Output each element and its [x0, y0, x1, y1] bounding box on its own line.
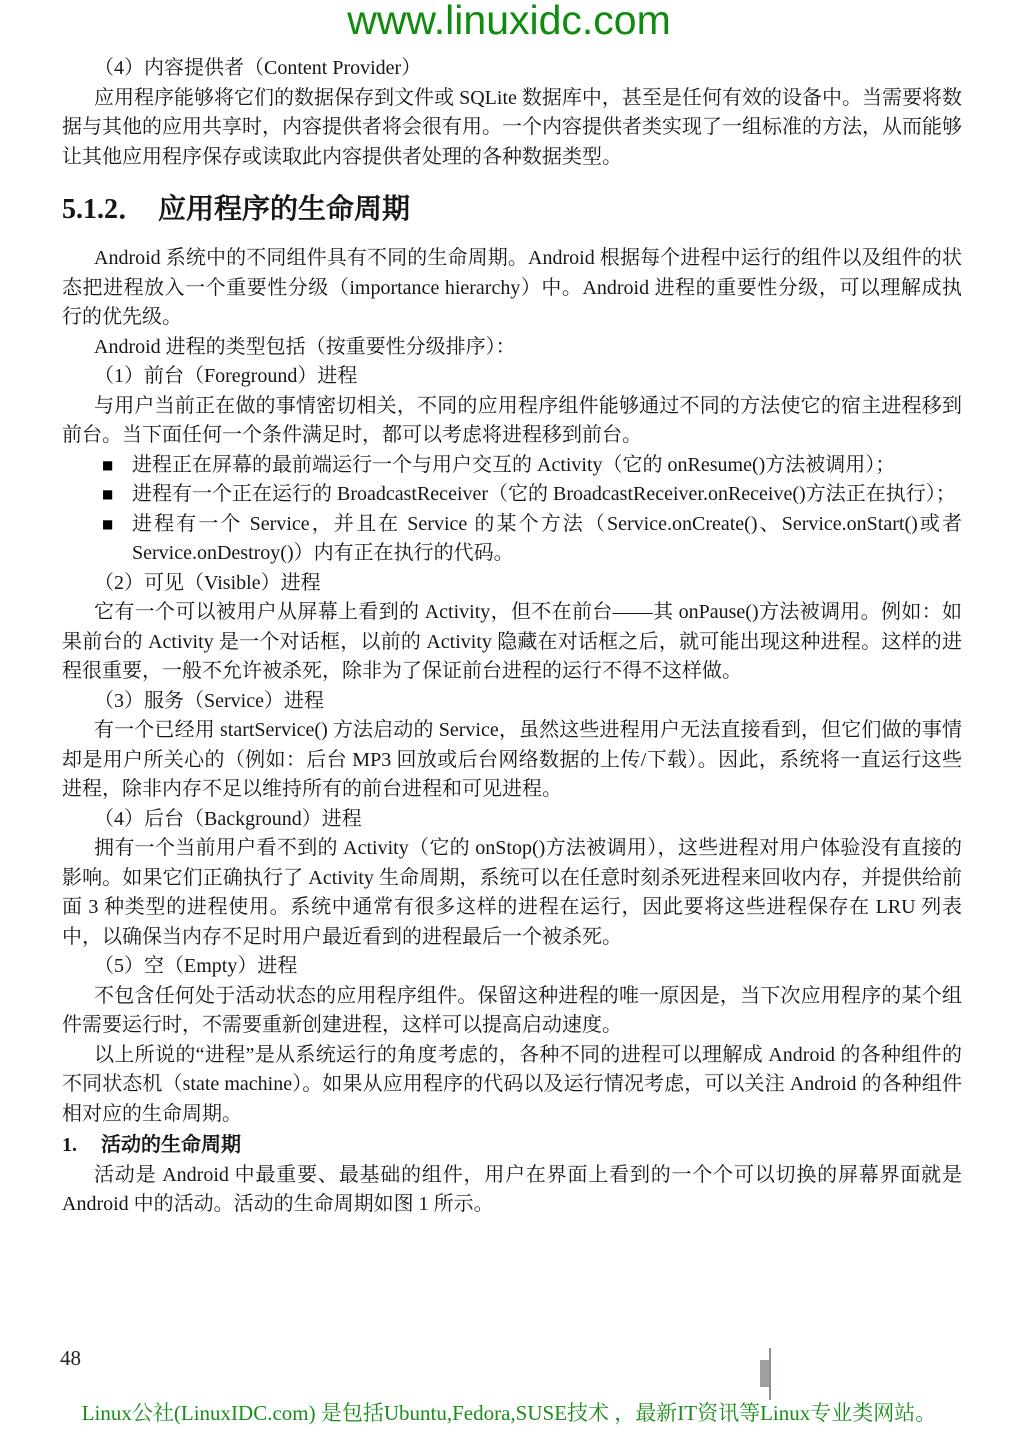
subheading-title: 活动的生命周期 [101, 1134, 241, 1156]
document-page: www.linuxidc.com （4）内容提供者（Content Provid… [0, 0, 1018, 1440]
service-heading: （3）服务（Service）进程 [62, 687, 962, 717]
section-title: 应用程序的生命周期 [158, 193, 410, 224]
visible-heading: （2）可见（Visible）进程 [62, 569, 962, 599]
document-content: （4）内容提供者（Content Provider） 应用程序能够将它们的数据保… [0, 44, 1018, 1220]
visible-body: 它有一个可以被用户从屏幕上看到的 Activity，但不在前台——其 onPau… [62, 598, 962, 687]
cursor-mark [769, 1348, 781, 1400]
section-number: 5.1.2． [62, 194, 146, 225]
empty-heading: （5）空（Empty）进程 [62, 952, 962, 982]
empty-body: 不包含任何处于活动状态的应用程序组件。保留这种进程的唯一原因是，当下次应用程序的… [62, 982, 962, 1041]
site-header: www.linuxidc.com [0, 0, 1018, 44]
content-provider-body: 应用程序能够将它们的数据保存到文件或 SQLite 数据库中，甚至是任何有效的设… [62, 84, 962, 173]
foreground-heading: （1）前台（Foreground）进程 [62, 362, 962, 392]
foreground-body: 与用户当前正在做的事情密切相关，不同的应用程序组件能够通过不同的方法使它的宿主进… [62, 392, 962, 451]
list-item: ■ 进程有一个正在运行的 BroadcastReceiver（它的 Broadc… [62, 480, 962, 510]
activity-lifecycle-body: 活动是 Android 中最重要、最基础的组件，用户在界面上看到的一个个可以切换… [62, 1161, 962, 1220]
list-item: ■ 进程有一个 Service，并且在 Service 的某个方法（Servic… [62, 510, 962, 569]
square-bullet-icon: ■ [102, 480, 132, 510]
foreground-condition-list: ■ 进程正在屏幕的最前端运行一个与用户交互的 Activity（它的 onRes… [62, 451, 962, 569]
summary-paragraph: 以上所说的“进程”是从系统运行的角度考虑的，各种不同的进程可以理解成 Andro… [62, 1041, 962, 1130]
process-types-lead: Android 进程的类型包括（按重要性分级排序）： [62, 333, 962, 363]
section-heading-5-1-2: 5.1.2．应用程序的生命周期 [62, 190, 962, 229]
site-footer-note: Linux公社(LinuxIDC.com) 是包括Ubuntu,Fedora,S… [0, 1398, 1018, 1428]
activity-lifecycle-heading: 1.活动的生命周期 [62, 1131, 962, 1161]
bullet-text: 进程有一个正在运行的 BroadcastReceiver（它的 Broadcas… [132, 480, 962, 510]
list-item: ■ 进程正在屏幕的最前端运行一个与用户交互的 Activity（它的 onRes… [62, 451, 962, 481]
background-heading: （4）后台（Background）进程 [62, 805, 962, 835]
bullet-text: 进程正在屏幕的最前端运行一个与用户交互的 Activity（它的 onResum… [132, 451, 962, 481]
square-bullet-icon: ■ [102, 451, 132, 481]
content-provider-heading: （4）内容提供者（Content Provider） [62, 54, 962, 84]
site-url-text: www.linuxidc.com [347, 0, 671, 43]
subheading-number: 1. [62, 1134, 77, 1156]
section-intro-paragraph: Android 系统中的不同组件具有不同的生命周期。Android 根据每个进程… [62, 244, 962, 333]
bullet-text: 进程有一个 Service，并且在 Service 的某个方法（Service.… [132, 510, 962, 569]
background-body: 拥有一个当前用户看不到的 Activity（它的 onStop()方法被调用），… [62, 834, 962, 952]
service-body: 有一个已经用 startService() 方法启动的 Service，虽然这些… [62, 716, 962, 805]
square-bullet-icon: ■ [102, 510, 132, 569]
cursor-line-shape [769, 1348, 771, 1400]
page-number: 48 [60, 1344, 81, 1373]
